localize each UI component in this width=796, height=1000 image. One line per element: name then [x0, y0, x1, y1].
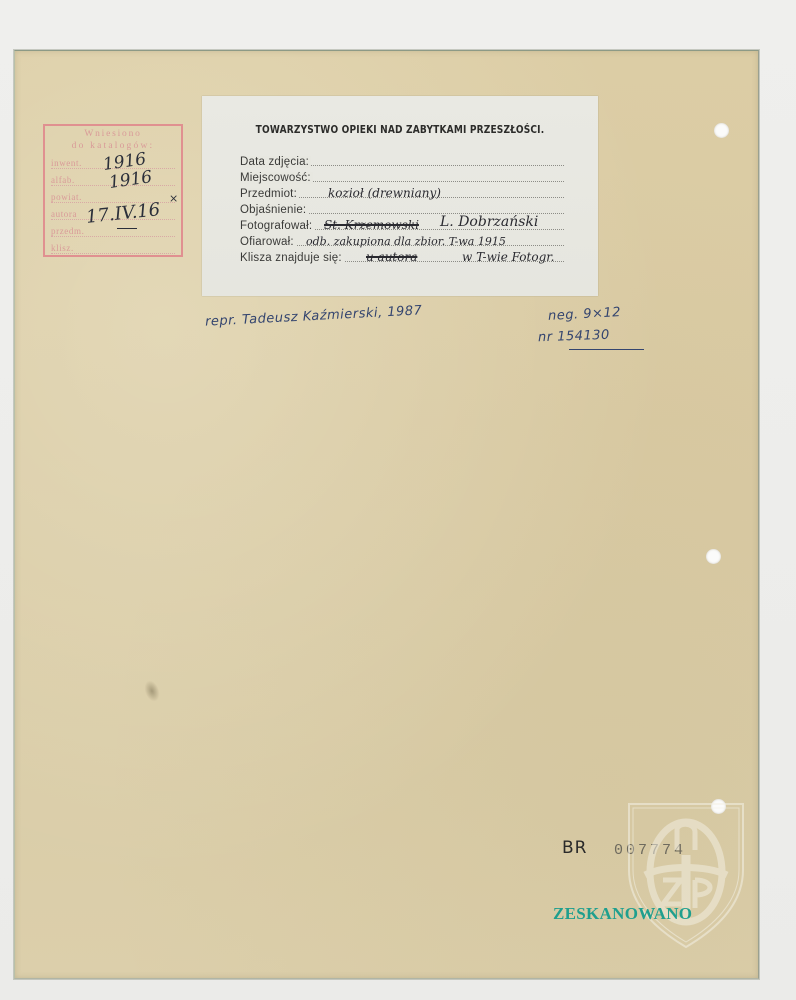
- field-przedmiot: Przedmiot: kozioł (drewniany): [240, 185, 564, 200]
- stamp-row-label: klisz.: [51, 243, 74, 253]
- field-label: Data zdjęcia:: [240, 156, 311, 168]
- field-data-zdjecia: Data zdjęcia:: [240, 153, 564, 168]
- stamp-row-label: powiat.: [51, 192, 82, 202]
- field-label: Ofiarował:: [240, 236, 296, 248]
- shield-monogram-watermark-icon: [625, 800, 747, 950]
- field-value-struck: u autora: [366, 250, 417, 264]
- field-value-struck: St. Krzemowski: [324, 218, 419, 232]
- stamp-mark: ×: [169, 192, 178, 205]
- field-value: L. Dobrzański: [440, 214, 538, 230]
- stamp-row-label: alfab.: [51, 175, 75, 185]
- field-value: odb. zakupiona dla zbior. T-wa 1915: [306, 235, 506, 248]
- stamp-heading: Wniesiono: [45, 129, 181, 139]
- field-label: Przedmiot:: [240, 188, 299, 200]
- field-label: Fotografował:: [240, 220, 314, 232]
- field-ofiarowal: Ofiarował: odb. zakupiona dla zbior. T-w…: [240, 233, 564, 248]
- punch-hole-top: [714, 123, 729, 138]
- stamp-subheading: do katalogów:: [45, 141, 181, 151]
- field-label: Miejscowość:: [240, 172, 313, 184]
- negative-number-note: nr 154130: [538, 328, 610, 345]
- stamp-row-label: inwent.: [51, 158, 82, 168]
- field-fotografowal: Fotografował: St. Krzemowski L. Dobrzańs…: [240, 217, 564, 232]
- society-label-card: TOWARZYSTWO OPIEKI NAD ZABYTKAMI PRZESZŁ…: [202, 96, 598, 296]
- stamp-row-label: przedm.: [51, 226, 84, 236]
- stamp-row-klisz: klisz.: [51, 239, 175, 254]
- stamp-value-underline: [117, 228, 137, 229]
- field-klisza: Klisza znajduje się: u autora w T-wie Fo…: [240, 249, 564, 264]
- br-handwritten-prefix: BR: [562, 838, 587, 858]
- field-value: kozioł (drewniany): [328, 186, 441, 200]
- field-miejscowosc: Miejscowość:: [240, 169, 564, 184]
- field-label: Klisza znajduje się:: [240, 252, 344, 264]
- field-value: w T-wie Fotogr.: [462, 250, 554, 264]
- field-label: Objaśnienie:: [240, 204, 308, 216]
- negative-number-underline: [569, 349, 644, 350]
- label-card-title: TOWARZYSTWO OPIEKI NAD ZABYTKAMI PRZESZŁ…: [230, 124, 571, 136]
- stamp-row-label: autora: [51, 209, 77, 219]
- punch-hole-middle: [706, 549, 721, 564]
- scanned-stamp: ZESKANOWANO: [553, 904, 692, 924]
